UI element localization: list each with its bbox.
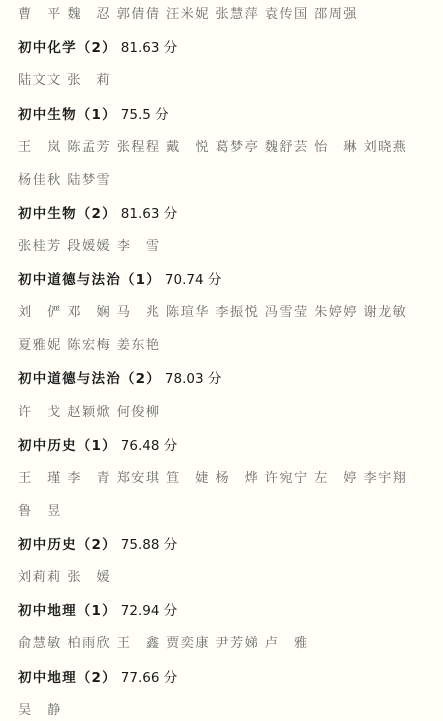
- section-score: 77.66 分: [121, 670, 177, 686]
- section-score: 76.48 分: [121, 438, 177, 454]
- section-heading-history-1: 初中历史（1）76.48 分: [18, 435, 177, 457]
- section-score: 75.88 分: [121, 537, 177, 553]
- section-heading-geography-2: 初中地理（2）77.66 分: [18, 667, 177, 689]
- section-title: 初中地理（1）: [18, 603, 117, 619]
- section-title: 初中道德与法治（1）: [18, 272, 161, 288]
- names-line: 俞慧敏 柏雨欣 王 鑫 贾奕康 尹芳娣 卢 雅: [18, 633, 309, 655]
- section-score: 72.94 分: [121, 603, 177, 619]
- section-score: 78.03 分: [165, 371, 221, 387]
- names-line: 曹 平 魏 忍 郭倩倩 汪米妮 张慧萍 袁传国 邵周强: [18, 4, 358, 26]
- names-line: 鲁 昱: [18, 501, 62, 523]
- names-line: 刘 俨 邓 娴 马 兆 陈瑄华 李振悦 冯雪莹 朱婷婷 谢龙敏: [18, 302, 407, 324]
- section-heading-morality-law-2: 初中道德与法治（2）78.03 分: [18, 368, 221, 390]
- names-line: 陆文文 张 莉: [18, 70, 111, 92]
- section-title: 初中生物（2）: [18, 206, 117, 222]
- section-score: 81.63 分: [121, 206, 177, 222]
- names-line: 张桂芳 段媛媛 李 雪: [18, 236, 160, 258]
- section-score: 70.74 分: [165, 272, 221, 288]
- names-line: 吴 静: [18, 700, 62, 721]
- section-score: 75.5 分: [121, 107, 169, 123]
- section-heading-biology-2: 初中生物（2）81.63 分: [18, 203, 177, 225]
- section-heading-history-2: 初中历史（2）75.88 分: [18, 534, 177, 556]
- names-line: 王 岚 陈孟芳 张程程 戴 悦 葛梦亭 魏舒芸 怡 琳 刘晓燕: [18, 137, 407, 159]
- section-title: 初中化学（2）: [18, 40, 117, 56]
- names-line: 刘莉莉 张 媛: [18, 567, 111, 589]
- names-line: 夏雅妮 陈宏梅 姜东艳: [18, 335, 160, 357]
- names-line: 杨佳秋 陆梦雪: [18, 170, 111, 192]
- names-line: 王 瑾 李 青 郑安琪 笪 婕 杨 烨 许宛宁 左 婷 李宇翔: [18, 468, 407, 490]
- section-title: 初中历史（1）: [18, 438, 117, 454]
- section-title: 初中地理（2）: [18, 670, 117, 686]
- section-title: 初中道德与法治（2）: [18, 371, 161, 387]
- section-heading-biology-1: 初中生物（1）75.5 分: [18, 104, 169, 126]
- section-heading-morality-law-1: 初中道德与法治（1）70.74 分: [18, 269, 221, 291]
- section-heading-geography-1: 初中地理（1）72.94 分: [18, 600, 177, 622]
- section-title: 初中历史（2）: [18, 537, 117, 553]
- section-title: 初中生物（1）: [18, 107, 117, 123]
- section-heading-chemistry-2: 初中化学（2）81.63 分: [18, 37, 177, 59]
- section-score: 81.63 分: [121, 40, 177, 56]
- names-line: 许 戈 赵颖焮 何俊柳: [18, 402, 160, 424]
